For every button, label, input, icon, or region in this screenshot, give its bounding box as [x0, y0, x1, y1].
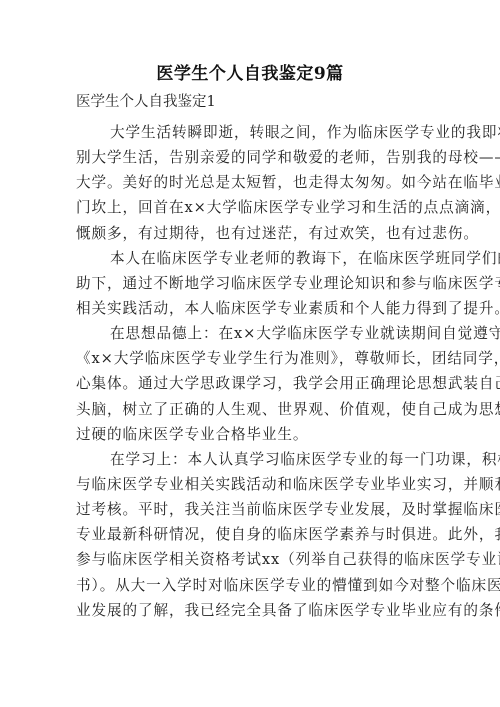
text-line: 大学生活转瞬即逝，转眼之间，作为临床医学专业的我即将告	[76, 120, 426, 145]
text-line: 门坎上，回首在x×大学临床医学专业学习和生活的点点滴滴，感	[76, 195, 426, 220]
text-line: 头脑，树立了正确的人生观、世界观、价值观，使自己成为思想上	[76, 397, 426, 422]
text-line: 过硬的临床医学专业合格毕业生。	[76, 422, 426, 447]
document-page: 医学生个人自我鉴定9篇 医学生个人自我鉴定1 大学生活转瞬即逝，转眼之间，作为临…	[0, 0, 500, 707]
text-line: 本人在临床医学专业老师的教诲下，在临床医学班同学们的帮	[76, 246, 426, 271]
paragraph-1: 大学生活转瞬即逝，转眼之间，作为临床医学专业的我即将告 别大学生活，告别亲爱的同…	[76, 120, 426, 246]
document-title: 医学生个人自我鉴定9篇	[0, 63, 500, 85]
paragraph-3: 在思想品德上：在x×大学临床医学专业就读期间自觉遵守 《x×大学临床医学专业学生…	[76, 321, 426, 447]
text-line: 大学。美好的时光总是太短暂，也走得太匆匆。如今站在临毕业的	[76, 170, 426, 195]
text-line: 与临床医学专业相关实践活动和临床医学专业毕业实习，并顺利通	[76, 472, 426, 497]
text-line: 相关实践活动，本人临床医学专业素质和个人能力得到了提升。	[76, 296, 426, 321]
text-line: 助下，通过不断地学习临床医学专业理论知识和参与临床医学专业	[76, 271, 426, 296]
document-subtitle: 医学生个人自我鉴定1	[76, 92, 216, 112]
text-line: 《x×大学临床医学专业学生行为准则》，尊敬师长，团结同学，关	[76, 346, 426, 371]
text-line: 过考核。平时，我关注当前临床医学专业发展，及时掌握临床医学	[76, 497, 426, 522]
paragraph-2: 本人在临床医学专业老师的教诲下，在临床医学班同学们的帮 助下，通过不断地学习临床…	[76, 246, 426, 321]
text-line: 在思想品德上：在x×大学临床医学专业就读期间自觉遵守	[76, 321, 426, 346]
text-line: 专业最新科研情况，使自身的临床医学素养与时俱进。此外，我还	[76, 522, 426, 547]
text-line: 在学习上：本人认真学习临床医学专业的每一门功课，积极参	[76, 447, 426, 472]
text-line: 书）。从大一入学时对临床医学专业的懵懂到如今对整个临床医学行	[76, 573, 426, 598]
text-line: 别大学生活，告别亲爱的同学和敬爱的老师，告别我的母校——x×	[76, 145, 426, 170]
document-body: 大学生活转瞬即逝，转眼之间，作为临床医学专业的我即将告 别大学生活，告别亲爱的同…	[76, 120, 426, 623]
text-line: 心集体。通过大学思政课学习，我学会用正确理论思想武装自己的	[76, 371, 426, 396]
paragraph-4: 在学习上：本人认真学习临床医学专业的每一门功课，积极参 与临床医学专业相关实践活…	[76, 447, 426, 623]
text-line: 慨颇多，有过期待，也有过迷茫，有过欢笑，也有过悲伤。	[76, 221, 426, 246]
text-line: 参与临床医学相关资格考试xx（列举自己获得的临床医学专业证	[76, 547, 426, 572]
text-line: 业发展的了解，我已经完全具备了临床医学专业毕业应有的条件。	[76, 598, 426, 623]
